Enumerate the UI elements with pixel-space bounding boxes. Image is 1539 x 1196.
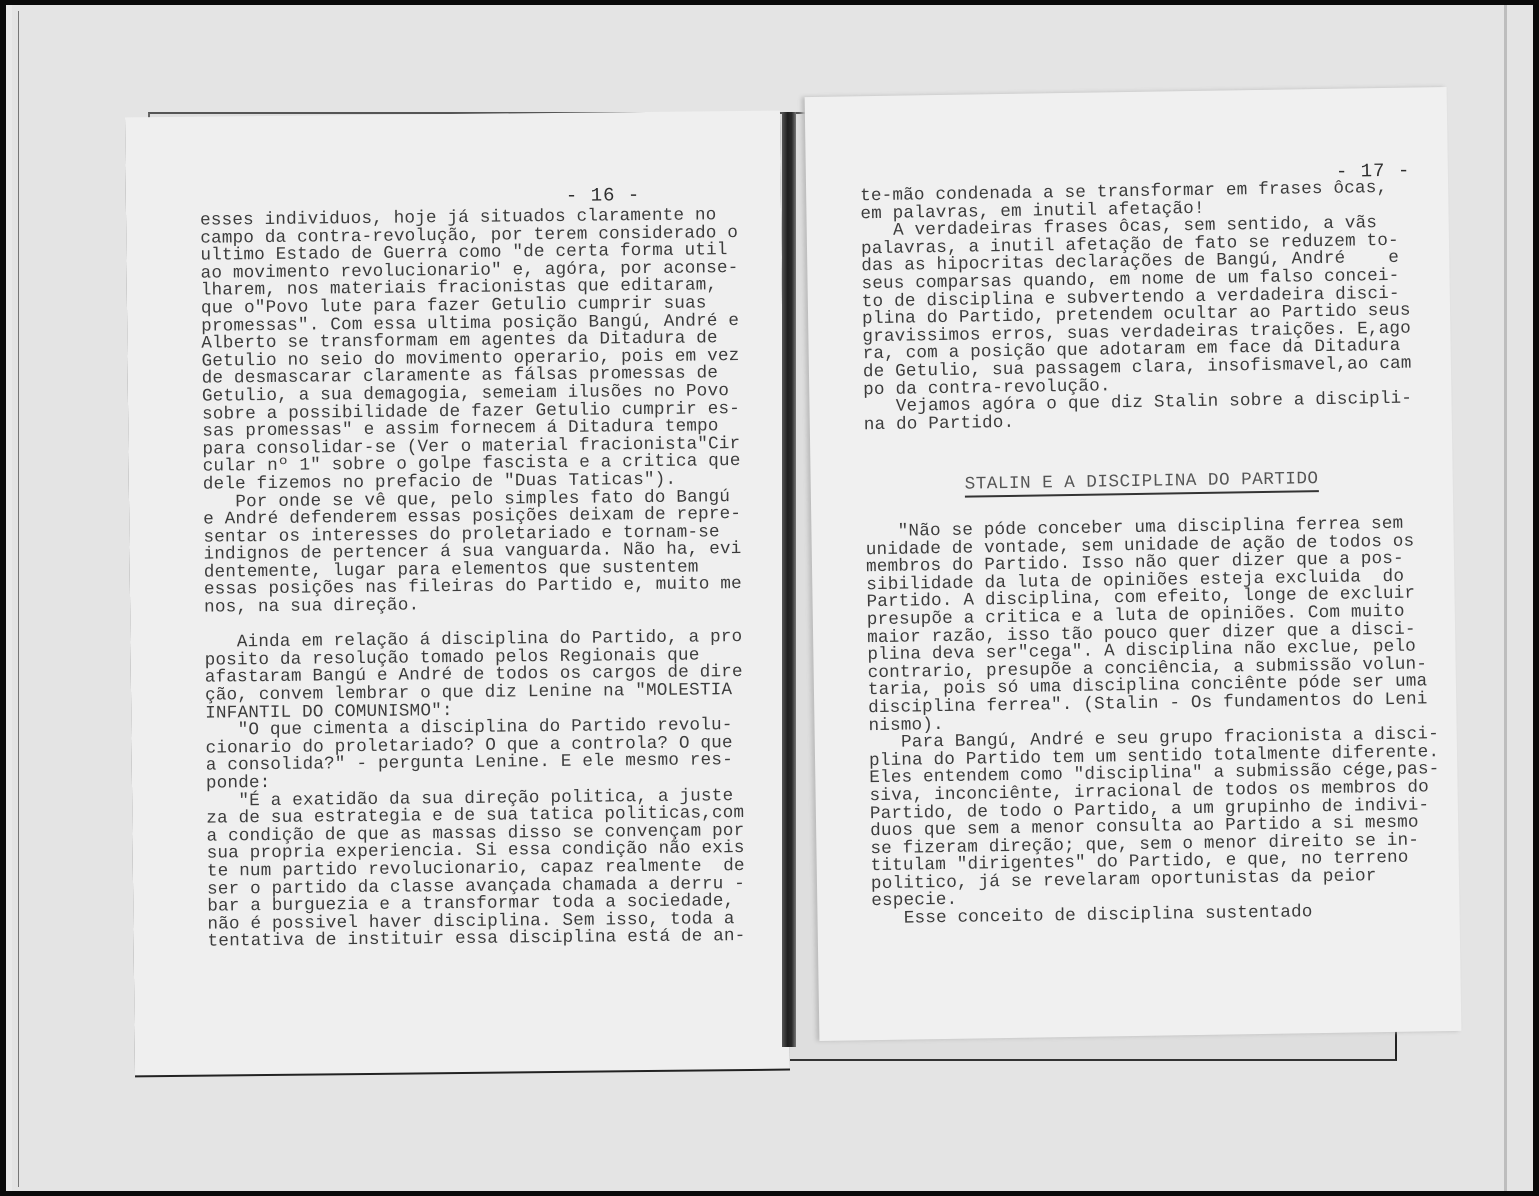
page-17-body-text-bottom: "Não se póde conceber uma disciplina fer… bbox=[865, 515, 1441, 929]
frame-edge-line bbox=[18, 11, 19, 1187]
section-heading: STALIN E A DISCIPLINA DO PARTIDO bbox=[965, 469, 1319, 498]
frame-right-edge bbox=[1504, 5, 1507, 1191]
page-16-body-text: esses individuos, hoje já situados clara… bbox=[200, 207, 746, 952]
page-16: - 16 - esses individuos, hoje já situado… bbox=[125, 111, 790, 1076]
page-17: - 17 - te-mão condenada a se transformar… bbox=[805, 87, 1462, 1041]
page-number: - 16 - bbox=[566, 184, 641, 207]
binding-gutter bbox=[782, 112, 796, 1047]
page-17-body-text-top: te-mão condenada a se transformar em fra… bbox=[860, 180, 1412, 435]
text-line: tentativa de instituir essa disciplina e… bbox=[208, 928, 746, 951]
